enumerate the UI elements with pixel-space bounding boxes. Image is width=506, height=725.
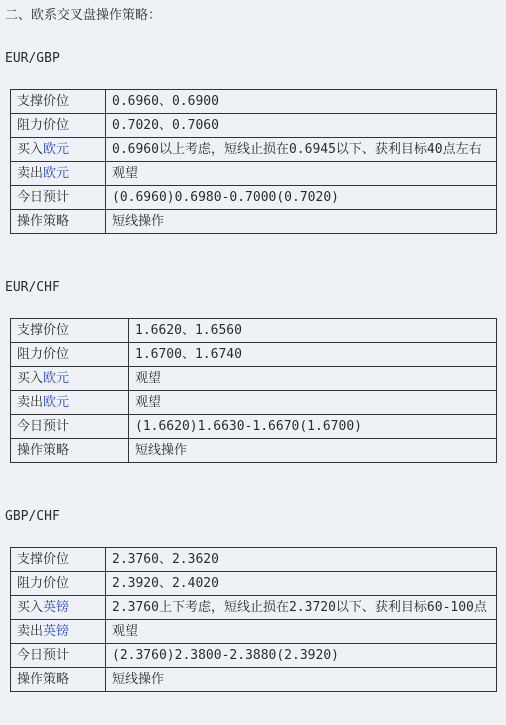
strategy-table-eur-chf: 支撑价位 1.6620、1.6560 阻力价位 1.6700、1.6740 买入… bbox=[10, 318, 497, 463]
row-label-buy-text: 买入 bbox=[17, 600, 43, 615]
table-row-forecast: 今日预计 (0.6960)0.6980-0.7000(0.7020) bbox=[11, 186, 497, 210]
row-value-resistance: 0.7020、0.7060 bbox=[106, 114, 497, 138]
currency-link-eur[interactable]: 欧元 bbox=[43, 142, 69, 157]
row-value-sell: 观望 bbox=[129, 391, 497, 415]
row-value-buy: 2.3760上下考虑，短线止损在2.3720以下、获利目标60-100点 bbox=[106, 596, 497, 620]
row-label-sell: 卖出欧元 bbox=[11, 391, 129, 415]
section-eur-chf: EUR/CHF 支撑价位 1.6620、1.6560 阻力价位 1.6700、1… bbox=[5, 280, 497, 463]
table-row-strategy: 操作策略 短线操作 bbox=[11, 210, 497, 234]
table-row-resistance: 阻力价位 2.3920、2.4020 bbox=[11, 572, 497, 596]
row-label-support: 支撑价位 bbox=[11, 319, 129, 343]
row-label-buy: 买入英镑 bbox=[11, 596, 106, 620]
currency-link-eur[interactable]: 欧元 bbox=[43, 395, 69, 410]
row-value-buy: 观望 bbox=[129, 367, 497, 391]
row-label-resistance: 阻力价位 bbox=[11, 114, 106, 138]
row-label-sell-text: 卖出 bbox=[17, 624, 43, 639]
table-row-sell: 卖出英镑 观望 bbox=[11, 620, 497, 644]
currency-link-gbp[interactable]: 英镑 bbox=[43, 624, 69, 639]
row-label-sell-text: 卖出 bbox=[17, 395, 43, 410]
section-eur-gbp: EUR/GBP 支撑价位 0.6960、0.6900 阻力价位 0.7020、0… bbox=[5, 51, 497, 234]
row-label-buy-text: 买入 bbox=[17, 142, 43, 157]
row-value-support: 2.3760、2.3620 bbox=[106, 548, 497, 572]
row-label-sell: 卖出英镑 bbox=[11, 620, 106, 644]
strategy-table-eur-gbp: 支撑价位 0.6960、0.6900 阻力价位 0.7020、0.7060 买入… bbox=[10, 89, 497, 234]
page-title: 二、欧系交叉盘操作策略： bbox=[5, 8, 497, 24]
row-label-resistance: 阻力价位 bbox=[11, 572, 106, 596]
row-label-strategy: 操作策略 bbox=[11, 668, 106, 692]
table-row-forecast: 今日预计 (2.3760)2.3800-2.3880(2.3920) bbox=[11, 644, 497, 668]
row-value-sell: 观望 bbox=[106, 162, 497, 186]
table-row-support: 支撑价位 2.3760、2.3620 bbox=[11, 548, 497, 572]
row-value-forecast: (1.6620)1.6630-1.6670(1.6700) bbox=[129, 415, 497, 439]
pair-label-gbp-chf: GBP/CHF bbox=[5, 509, 497, 525]
table-row-sell: 卖出欧元 观望 bbox=[11, 162, 497, 186]
table-row-resistance: 阻力价位 1.6700、1.6740 bbox=[11, 343, 497, 367]
row-value-strategy: 短线操作 bbox=[106, 210, 497, 234]
section-gbp-chf: GBP/CHF 支撑价位 2.3760、2.3620 阻力价位 2.3920、2… bbox=[5, 509, 497, 692]
currency-link-gbp[interactable]: 英镑 bbox=[43, 600, 69, 615]
pair-label-eur-gbp: EUR/GBP bbox=[5, 51, 497, 67]
table-row-strategy: 操作策略 短线操作 bbox=[11, 668, 497, 692]
row-label-sell: 卖出欧元 bbox=[11, 162, 106, 186]
table-row-resistance: 阻力价位 0.7020、0.7060 bbox=[11, 114, 497, 138]
row-label-forecast: 今日预计 bbox=[11, 644, 106, 668]
row-label-strategy: 操作策略 bbox=[11, 210, 106, 234]
row-value-forecast: (0.6960)0.6980-0.7000(0.7020) bbox=[106, 186, 497, 210]
row-label-forecast: 今日预计 bbox=[11, 186, 106, 210]
table-row-buy: 买入欧元 观望 bbox=[11, 367, 497, 391]
row-label-strategy: 操作策略 bbox=[11, 439, 129, 463]
table-row-support: 支撑价位 0.6960、0.6900 bbox=[11, 90, 497, 114]
table-row-forecast: 今日预计 (1.6620)1.6630-1.6670(1.6700) bbox=[11, 415, 497, 439]
table-row-support: 支撑价位 1.6620、1.6560 bbox=[11, 319, 497, 343]
row-label-support: 支撑价位 bbox=[11, 548, 106, 572]
row-value-buy: 0.6960以上考虑，短线止损在0.6945以下、获利目标40点左右 bbox=[106, 138, 497, 162]
table-row-buy: 买入英镑 2.3760上下考虑，短线止损在2.3720以下、获利目标60-100… bbox=[11, 596, 497, 620]
currency-link-eur[interactable]: 欧元 bbox=[43, 166, 69, 181]
row-value-strategy: 短线操作 bbox=[129, 439, 497, 463]
row-label-forecast: 今日预计 bbox=[11, 415, 129, 439]
pair-label-eur-chf: EUR/CHF bbox=[5, 280, 497, 296]
row-label-resistance: 阻力价位 bbox=[11, 343, 129, 367]
currency-link-eur[interactable]: 欧元 bbox=[43, 371, 69, 386]
row-value-forecast: (2.3760)2.3800-2.3880(2.3920) bbox=[106, 644, 497, 668]
table-row-sell: 卖出欧元 观望 bbox=[11, 391, 497, 415]
row-label-sell-text: 卖出 bbox=[17, 166, 43, 181]
table-row-strategy: 操作策略 短线操作 bbox=[11, 439, 497, 463]
strategy-table-gbp-chf: 支撑价位 2.3760、2.3620 阻力价位 2.3920、2.4020 买入… bbox=[10, 547, 497, 692]
row-label-buy: 买入欧元 bbox=[11, 367, 129, 391]
row-value-strategy: 短线操作 bbox=[106, 668, 497, 692]
row-value-resistance: 2.3920、2.4020 bbox=[106, 572, 497, 596]
row-value-sell: 观望 bbox=[106, 620, 497, 644]
row-value-resistance: 1.6700、1.6740 bbox=[129, 343, 497, 367]
row-label-buy-text: 买入 bbox=[17, 371, 43, 386]
row-label-buy: 买入欧元 bbox=[11, 138, 106, 162]
table-row-buy: 买入欧元 0.6960以上考虑，短线止损在0.6945以下、获利目标40点左右 bbox=[11, 138, 497, 162]
forex-strategy-document: 二、欧系交叉盘操作策略： EUR/GBP 支撑价位 0.6960、0.6900 … bbox=[5, 8, 497, 692]
row-value-support: 1.6620、1.6560 bbox=[129, 319, 497, 343]
row-value-support: 0.6960、0.6900 bbox=[106, 90, 497, 114]
row-label-support: 支撑价位 bbox=[11, 90, 106, 114]
